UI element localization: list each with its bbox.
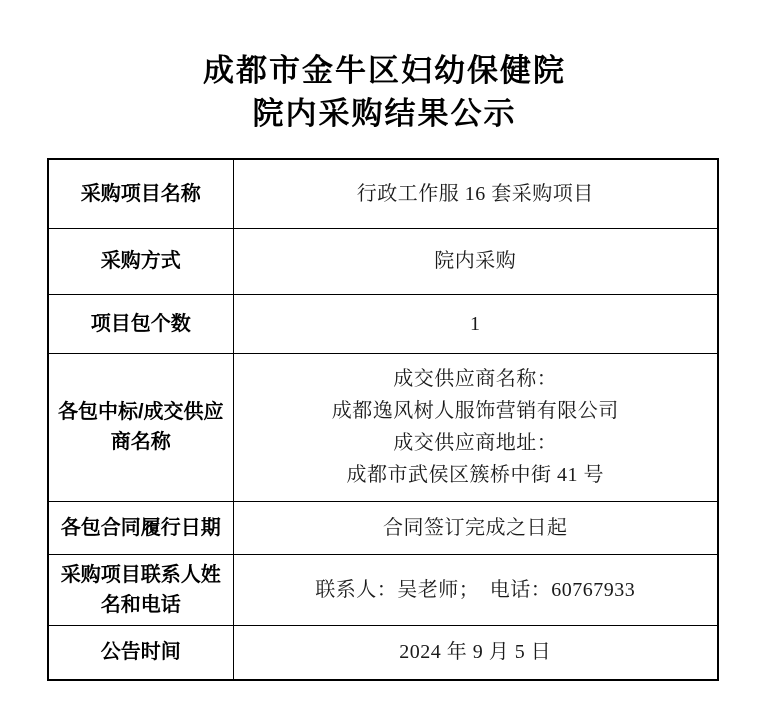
value-line: 行政工作服 16 套采购项目	[244, 178, 708, 210]
title-line-2: 院内采购结果公示	[0, 93, 769, 136]
page-title: 成都市金牛区妇幼保健院 院内采购结果公示	[0, 50, 769, 136]
value-line: 成交供应商地址：	[244, 427, 708, 459]
value-line: 联系人：吴老师； 电话：60767933	[244, 574, 708, 606]
row-value: 1	[233, 294, 718, 353]
table-row: 各包合同履行日期合同签订完成之日起	[48, 501, 718, 554]
value-line: 合同签订完成之日起	[244, 512, 708, 544]
row-label: 采购项目联系人姓名和电话	[48, 554, 233, 625]
table-row: 各包中标/成交供应商名称成交供应商名称：成都逸风树人服饰营销有限公司成交供应商地…	[48, 353, 718, 501]
table-row: 公告时间2024 年 9 月 5 日	[48, 625, 718, 680]
announcement-page: 成都市金牛区妇幼保健院 院内采购结果公示 采购项目名称行政工作服 16 套采购项…	[0, 0, 769, 713]
table-row: 项目包个数1	[48, 294, 718, 353]
row-value: 成交供应商名称：成都逸风树人服饰营销有限公司成交供应商地址：成都市武侯区簇桥中街…	[233, 353, 718, 501]
procurement-table-body: 采购项目名称行政工作服 16 套采购项目采购方式院内采购项目包个数1各包中标/成…	[48, 159, 718, 680]
row-label: 各包合同履行日期	[48, 501, 233, 554]
row-value: 联系人：吴老师； 电话：60767933	[233, 554, 718, 625]
value-line: 成交供应商名称：	[244, 363, 708, 395]
table-row: 采购项目名称行政工作服 16 套采购项目	[48, 159, 718, 228]
row-value: 2024 年 9 月 5 日	[233, 625, 718, 680]
row-label: 采购项目名称	[48, 159, 233, 228]
value-line: 2024 年 9 月 5 日	[244, 636, 708, 668]
row-value: 合同签订完成之日起	[233, 501, 718, 554]
row-value: 行政工作服 16 套采购项目	[233, 159, 718, 228]
row-label: 采购方式	[48, 228, 233, 294]
value-line: 1	[244, 308, 708, 340]
row-value: 院内采购	[233, 228, 718, 294]
value-line: 成都市武侯区簇桥中街 41 号	[244, 459, 708, 491]
row-label: 项目包个数	[48, 294, 233, 353]
table-row: 采购项目联系人姓名和电话联系人：吴老师； 电话：60767933	[48, 554, 718, 625]
procurement-result-table: 采购项目名称行政工作服 16 套采购项目采购方式院内采购项目包个数1各包中标/成…	[47, 158, 719, 681]
title-line-1: 成都市金牛区妇幼保健院	[0, 50, 769, 93]
row-label: 各包中标/成交供应商名称	[48, 353, 233, 501]
row-label: 公告时间	[48, 625, 233, 680]
value-line: 院内采购	[244, 245, 708, 277]
table-row: 采购方式院内采购	[48, 228, 718, 294]
value-line: 成都逸风树人服饰营销有限公司	[244, 395, 708, 427]
